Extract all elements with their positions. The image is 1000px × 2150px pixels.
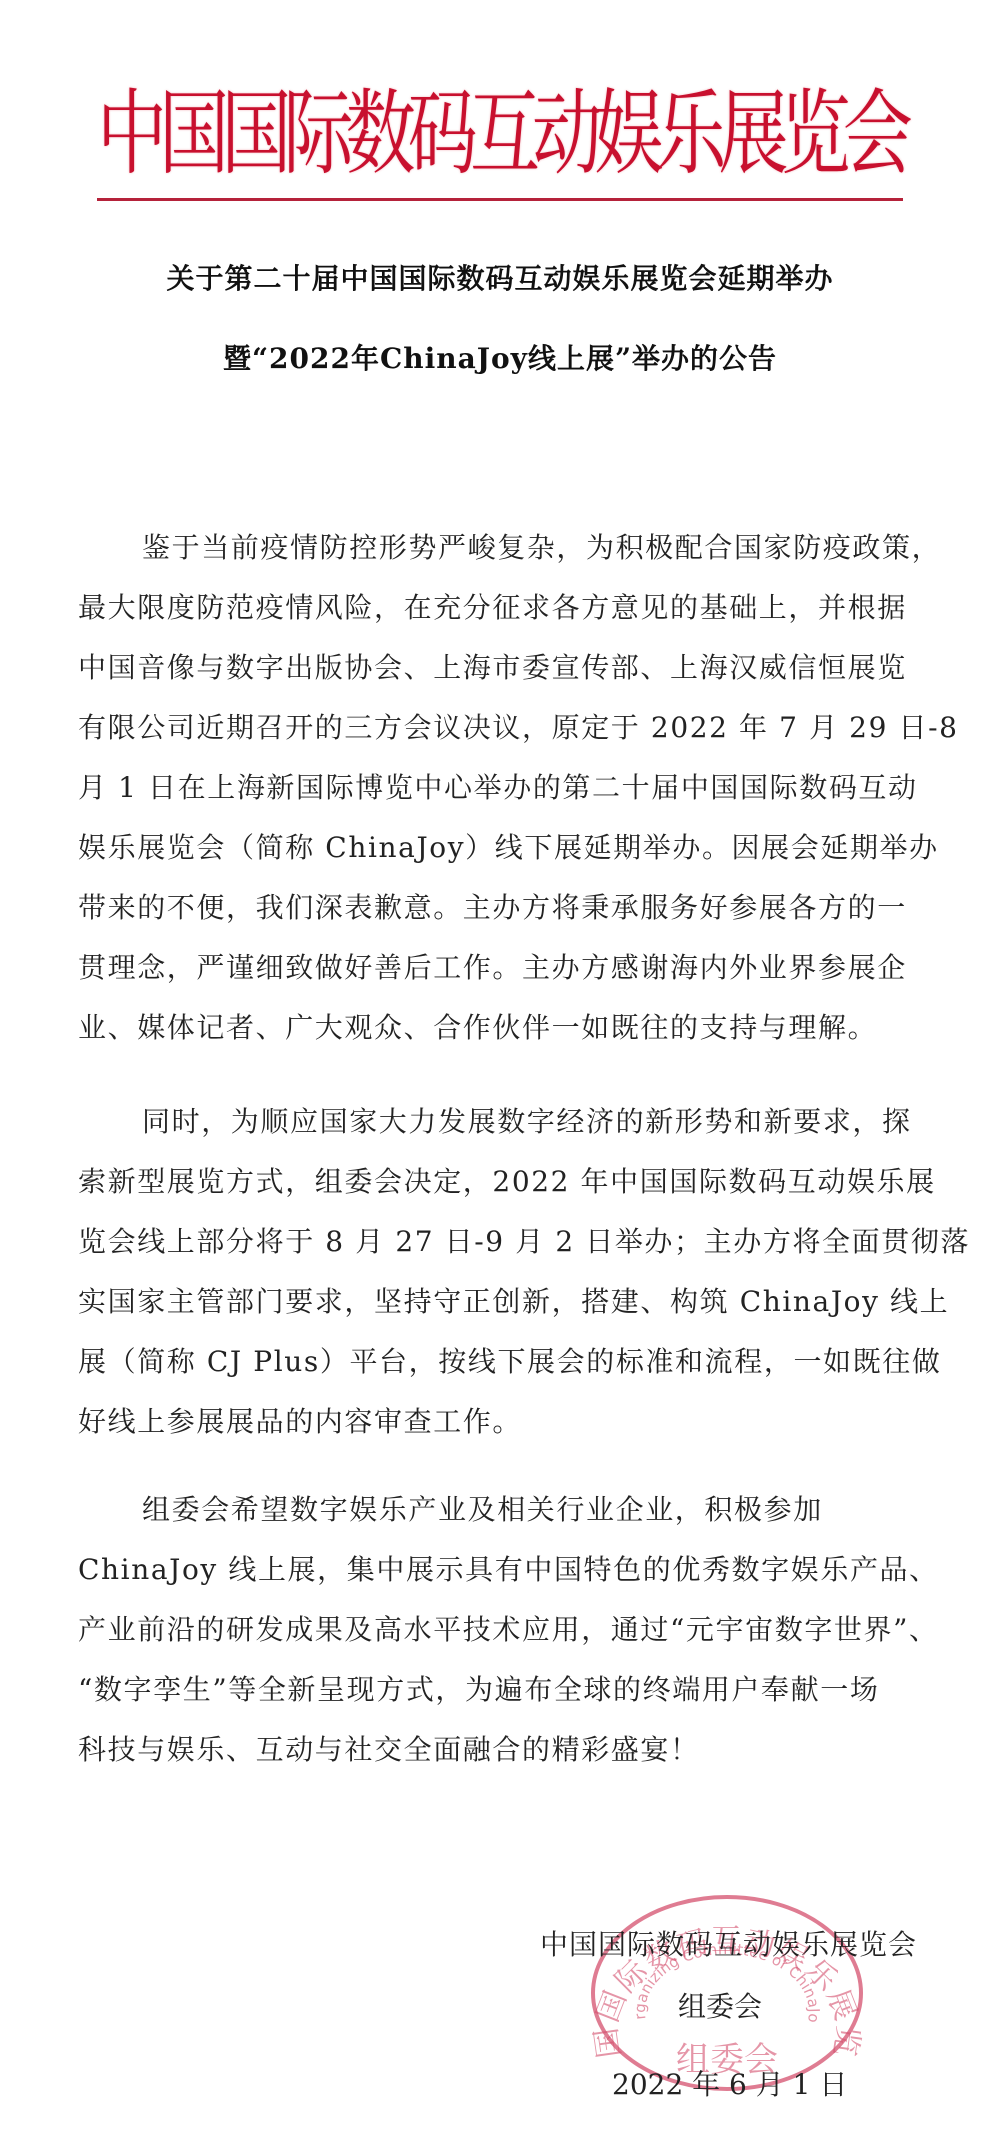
signature-organization: 中国国际数码互动娱乐展览会	[540, 1928, 917, 1962]
paragraph-line: 有限公司近期召开的三方会议决议，原定于 2022 年 7 月 29 日-8	[78, 698, 928, 758]
paragraph-line: “数字孪生”等全新呈现方式，为遍布全球的终端用户奉献一场	[78, 1660, 928, 1720]
masthead-char: 数	[346, 68, 408, 200]
paragraph-line: 同时，为顺应国家大力发展数字经济的新形势和新要求，探	[78, 1092, 928, 1152]
paragraph-line: 最大限度防范疫情风险，在充分征求各方意见的基础上，并根据	[78, 578, 928, 638]
paragraph-line: 娱乐展览会（简称 ChinaJoy）线下展延期举办。因展会延期举办	[78, 818, 928, 878]
signature-department: 组委会	[678, 1990, 762, 2024]
paragraph-line: 月 1 日在上海新国际博览中心举办的第二十届中国国际数码互动	[78, 758, 928, 818]
paragraph-line: 览会线上部分将于 8 月 27 日-9 月 2 日举办；主办方将全面贯彻落	[78, 1212, 928, 1272]
masthead-char: 互	[470, 68, 532, 200]
paragraph-line: 中国音像与数字出版协会、上海市委宣传部、上海汉威信恒展览	[78, 638, 928, 698]
document-title-line-2: 暨“2022年ChinaJoy线上展”举办的公告	[0, 342, 1000, 376]
paragraph-line: ChinaJoy 线上展，集中展示具有中国特色的优秀数字娱乐产品、	[78, 1540, 928, 1600]
masthead-title: 中 国 国 际 数 码 互 动 娱 乐 展 览 会	[97, 84, 905, 184]
masthead-char: 娱	[594, 68, 656, 200]
paragraph-line: 组委会希望数字娱乐产业及相关行业企业，积极参加	[78, 1480, 928, 1540]
paragraph-line: 产业前沿的研发成果及高水平技术应用，通过“元宇宙数字世界”、	[78, 1600, 928, 1660]
paragraph-1: 鉴于当前疫情防控形势严峻复杂，为积极配合国家防疫政策， 最大限度防范疫情风险，在…	[78, 518, 928, 1058]
seal-outer-text: 中国国际数码互动娱乐展览会	[588, 1893, 865, 2060]
masthead-char: 乐	[656, 68, 718, 200]
masthead-char: 码	[408, 68, 470, 200]
paragraph-line: 带来的不便，我们深表歉意。主办方将秉承服务好参展各方的一	[78, 878, 928, 938]
masthead-char: 览	[781, 68, 843, 200]
masthead-char: 中	[97, 68, 159, 200]
signature-date: 2022 年 6 月 1 日	[612, 2068, 847, 2102]
masthead-char: 展	[719, 68, 781, 200]
document-title-line-1: 关于第二十届中国国际数码互动娱乐展览会延期举办	[0, 262, 1000, 296]
paragraph-2: 同时，为顺应国家大力发展数字经济的新形势和新要求，探 索新型展览方式，组委会决定…	[78, 1092, 928, 1452]
paragraph-line: 好线上参展展品的内容审查工作。	[78, 1392, 928, 1452]
masthead-char: 会	[843, 68, 905, 200]
svg-text:中国国际数码互动娱乐展览会: 中国国际数码互动娱乐展览会	[588, 1893, 865, 2060]
paragraph-line: 展（简称 CJ Plus）平台，按线下展会的标准和流程，一如既往做	[78, 1332, 928, 1392]
paragraph-line: 实国家主管部门要求，坚持守正创新，搭建、构筑 ChinaJoy 线上	[78, 1272, 928, 1332]
paragraph-line: 鉴于当前疫情防控形势严峻复杂，为积极配合国家防疫政策，	[78, 518, 928, 578]
masthead-char: 际	[283, 68, 345, 200]
masthead-char: 国	[221, 68, 283, 200]
paragraph-line: 业、媒体记者、广大观众、合作伙伴一如既往的支持与理解。	[78, 998, 928, 1058]
paragraph-line: 贯理念，严谨细致做好善后工作。主办方感谢海内外业界参展企	[78, 938, 928, 998]
paragraph-line: 索新型展览方式，组委会决定，2022 年中国国际数码互动娱乐展	[78, 1152, 928, 1212]
paragraph-3: 组委会希望数字娱乐产业及相关行业企业，积极参加 ChinaJoy 线上展，集中展…	[78, 1480, 928, 1780]
masthead-divider	[97, 198, 903, 201]
paragraph-line: 科技与娱乐、互动与社交全面融合的精彩盛宴！	[78, 1720, 928, 1780]
masthead-char: 国	[159, 68, 221, 200]
masthead-char: 动	[532, 68, 594, 200]
